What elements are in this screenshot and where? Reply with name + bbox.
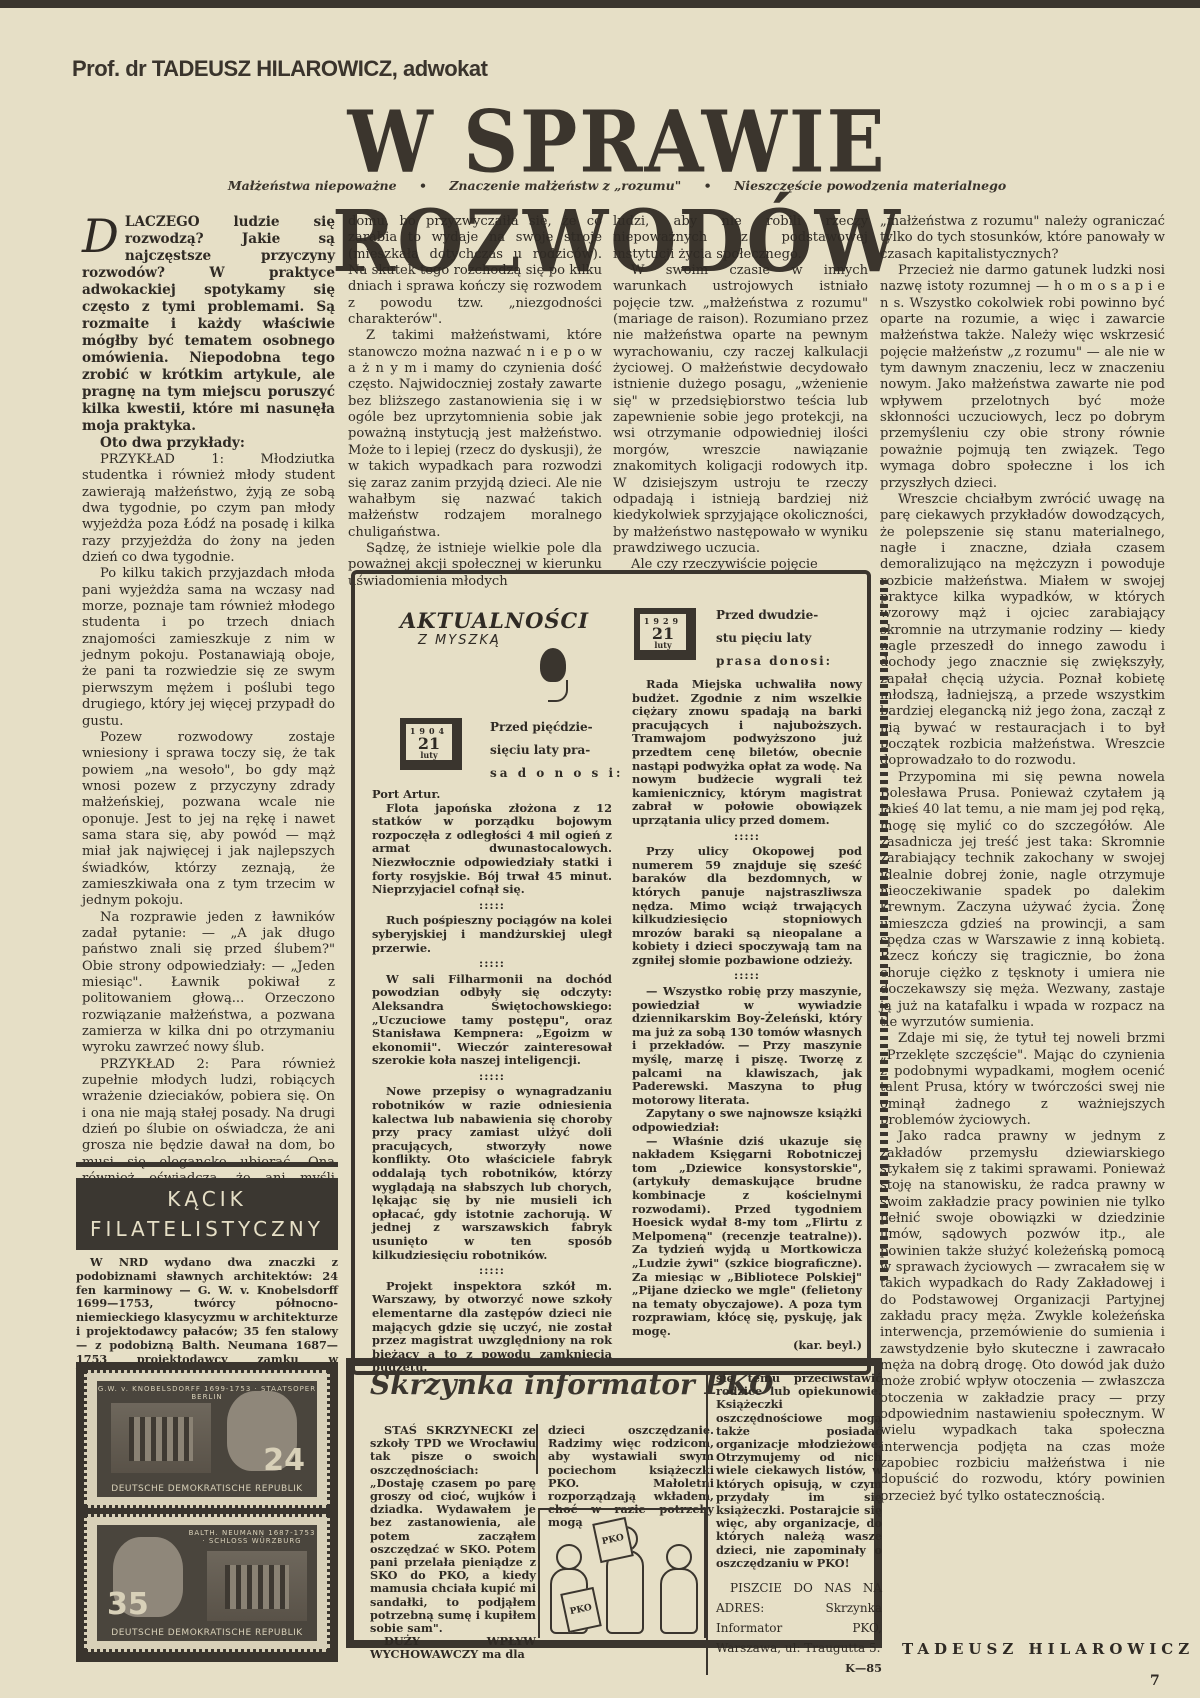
paragraph: „małżeństwa z rozumu" należy ograniczać … bbox=[880, 214, 1165, 263]
stamp-country: DEUTSCHE DEMOKRATISCHE REPUBLIK bbox=[97, 1484, 317, 1494]
subhead-2: Znaczenie małżeństw z „rozumu" bbox=[449, 178, 681, 193]
article-lead: DLACZEGO ludzie się rozwodzą? Jakie są n… bbox=[82, 214, 335, 435]
examples-heading: Oto dwa przykłady: bbox=[82, 435, 335, 452]
article-column-4: „małżeństwa z rozumu" należy ograniczać … bbox=[880, 214, 1165, 1505]
stamp-caption: BALTH. NEUMANN 1687-1753 · SCHLOSS WÜRZB… bbox=[187, 1529, 317, 1545]
wavy-divider bbox=[880, 580, 888, 1280]
calendar-1929: 1929 21 luty bbox=[634, 608, 696, 660]
pko-code: K—85 bbox=[716, 1662, 882, 1675]
boy-icon bbox=[606, 1550, 644, 1634]
paragraph: Wreszcie chciałbym zwrócić uwagę na parę… bbox=[880, 492, 1165, 770]
paragraph: Na rozprawie jeden z ławników zadał pyta… bbox=[82, 910, 335, 1057]
news-1904-column: Port Artur. Flota japońska złożona z 12 … bbox=[372, 788, 612, 1375]
stamps-image: G.W. v. KNOBELSDORFF 1699-1753 · STAATSO… bbox=[76, 1362, 338, 1662]
news-1929-heading: Przed dwudzie- stu pięciu laty prasa don… bbox=[716, 604, 832, 673]
paragraph: Zdaje mi się, że tytuł tej noweli brzmi … bbox=[880, 1031, 1165, 1129]
author-signature: TADEUSZ HILAROWICZ bbox=[902, 1640, 1194, 1658]
article-column-2: domu, bo przyzwyczaiła się, że co zarabi… bbox=[348, 214, 602, 590]
paragraph: Z takimi małżeństwami, które stanowczo m… bbox=[348, 328, 602, 540]
girl-icon bbox=[660, 1568, 698, 1634]
news-signature: (kar. beyl.) bbox=[632, 1339, 862, 1353]
children-illustration: PKO PKO bbox=[538, 1508, 706, 1638]
pko-address: PISZCIE DO NAS NA ADRES: Skrzynka Inform… bbox=[716, 1578, 882, 1658]
page-number: 7 bbox=[1150, 1673, 1160, 1689]
bullet-icon: • bbox=[704, 178, 712, 193]
pko-book-icon: PKO bbox=[560, 1587, 602, 1633]
paragraph: Jako radca prawny w jednym z zakładów pr… bbox=[880, 1129, 1165, 1505]
mouse-icon bbox=[540, 648, 566, 682]
news-1904-heading: Przed pięćdzie- sięciu laty pra- sa d o … bbox=[490, 716, 623, 785]
pko-column-c: się temu przeciwstawić rodzice lub opiek… bbox=[706, 1372, 882, 1675]
pko-column-a: STAŚ SKRZYNECKI ze szkoły TPD we Wrocław… bbox=[370, 1424, 536, 1662]
philately-corner-title: KĄCIK FILATELISTYCZNY bbox=[76, 1178, 338, 1250]
paragraph: Pozew rozwodowy zostaje wniesiony i spra… bbox=[82, 730, 335, 910]
stamp-country: DEUTSCHE DEMOKRATISCHE REPUBLIK bbox=[97, 1628, 317, 1638]
paragraph: domu, bo przyzwyczaiła się, że co zarabi… bbox=[348, 214, 602, 328]
pko-book-icon: PKO bbox=[592, 1517, 634, 1563]
article-subheads: Małżeństwa niepoważne • Znaczenie małżeń… bbox=[72, 178, 1162, 193]
stamp-value: 24 bbox=[263, 1443, 305, 1478]
stamp-neumann: BALTH. NEUMANN 1687-1753 · SCHLOSS WÜRZB… bbox=[84, 1514, 330, 1652]
stamp-knobelsdorff: G.W. v. KNOBELSDORFF 1699-1753 · STAATSO… bbox=[84, 1370, 330, 1508]
news-1929-column: Rada Miejska uchwaliła nowy budżet. Zgod… bbox=[632, 678, 862, 1352]
paragraph: Przypomina mi się pewna nowela Bolesława… bbox=[880, 770, 1165, 1032]
subhead-3: Nieszczęście powodzenia materialnego bbox=[734, 178, 1006, 193]
divider bbox=[76, 1162, 338, 1167]
subhead-1: Małżeństwa niepoważne bbox=[228, 178, 397, 193]
paragraph: PRZYKŁAD 1: Młodziutka studentka i równi… bbox=[82, 452, 335, 566]
opera-building-icon bbox=[111, 1403, 211, 1473]
top-border bbox=[0, 0, 1200, 8]
article-column-3: ludzi, aby nie robili rzeczy niepoważnyc… bbox=[613, 214, 868, 574]
paragraph: W swoim czasie w innych warunkach ustroj… bbox=[613, 263, 868, 557]
stamp-value: 35 bbox=[107, 1587, 149, 1622]
author-byline: Prof. dr TADEUSZ HILAROWICZ, adwokat bbox=[72, 56, 487, 82]
paragraph: ludzi, aby nie robili rzeczy niepoważnyc… bbox=[613, 214, 868, 263]
article-column-1: DLACZEGO ludzie się rozwodzą? Jakie są n… bbox=[82, 214, 335, 1220]
paragraph: Po kilku takich przyjazdach młoda pani w… bbox=[82, 566, 335, 729]
drop-cap: D bbox=[82, 216, 119, 256]
castle-building-icon bbox=[207, 1551, 307, 1621]
bullet-icon: • bbox=[419, 178, 427, 193]
pko-column-b: dzieci oszczędzanie. Radzimy więc rodzic… bbox=[536, 1424, 714, 1474]
calendar-1904: 1904 21 luty bbox=[400, 718, 462, 770]
paragraph: Przecież nie darmo gatunek ludzki nosi n… bbox=[880, 263, 1165, 492]
